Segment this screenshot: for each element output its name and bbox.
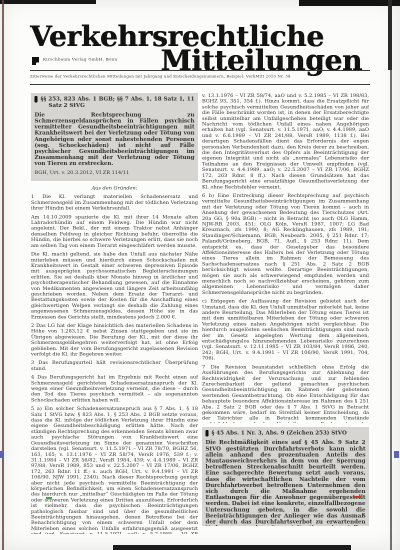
entry-50-headnote: Die Rechtmäßigkeit eines auf § 45 Abs. 9… [206, 440, 366, 526]
scan-artifact-green-mark [46, 497, 52, 499]
scan-artifact-red-mark [354, 496, 361, 498]
entry-50-number-badge: 50 [206, 430, 209, 437]
judgment-paragraph: 1 Die Kl. verlangt materiellen Schadense… [31, 194, 198, 211]
entry-49-headnote: Die Rechtsprechung zu Schmerzensgeldansp… [35, 112, 195, 167]
entry-49-number-badge: 49 [35, 96, 38, 103]
entry-50-header: 50§ 45 Abs. 1 Nr. 3, Abs. 9 (Zeichen 253… [206, 430, 366, 437]
entry-50-statutes: § 45 Abs. 1 Nr. 3, Abs. 9 (Zeichen 253) … [212, 430, 347, 437]
judgment-paragraph: 5 a) Ein solcher Schadensersatzanspruch … [31, 406, 198, 534]
citation-note: Zitierweise der Verkehrsrechtlichen Mitt… [30, 74, 370, 79]
grounds-heading: Aus den Gründen: [31, 186, 198, 192]
citation-note-row: Zitierweise der Verkehrsrechtlichen Mitt… [30, 74, 370, 82]
scan-artifact-bottom-bar [113, 545, 351, 550]
judgment-paragraph: Am 14.10.2009 spazierte die Kl. mit ihre… [31, 214, 198, 248]
judgment-paragraph: c) Entgegen der Auffassung der Revision … [202, 299, 369, 362]
publisher-logo-icon [32, 57, 39, 65]
judgment-paragraph: 3 Das Berufungsurteil hält revisionsrech… [31, 360, 198, 371]
entry-49-statutes: §§ 253, 823 Abs. 1 BGB; §§ 7 Abs. 1, 18 … [41, 96, 195, 109]
left-column: 49§§ 253, 823 Abs. 1 BGB; §§ 7 Abs. 1, 1… [31, 93, 198, 534]
scan-artifact-blue-mark-left [0, 451, 4, 458]
judgment-paragraph: 7 Die Revision beanstandet schließlich o… [202, 364, 369, 423]
publisher-name: Kirschbaum Verlag GmbH, Bonn [43, 57, 343, 62]
scanned-journal-page: Verkehrsrechtliche Mitteilungen Kirschba… [0, 0, 400, 550]
scan-artifact-top-right [299, 0, 400, 6]
judgment-paragraph: Die Kl. macht geltend, sie habe den Unfa… [31, 252, 198, 320]
scan-artifact-right-edge-top [388, 0, 392, 70]
scan-artifact-top-left [0, 0, 96, 4]
scan-artifact-right-edge [390, 0, 392, 550]
masthead-divider-bottom [30, 84, 370, 85]
scan-artifact-left-edge [2, 0, 4, 550]
judgment-paragraph: 2 Das LG hat der Klage hinsichtlich des … [31, 323, 198, 357]
judgment-paragraph: v. 13.1.1976 – VI ZR 58/74, aaO und v. 5… [202, 93, 369, 190]
masthead-divider-top [30, 70, 370, 71]
entry-49-header: 49§§ 253, 823 Abs. 1 BGB; §§ 7 Abs. 1, 1… [35, 96, 195, 109]
entry-50-headnote-block: 50§ 45 Abs. 1 Nr. 3, Abs. 9 (Zeichen 253… [202, 427, 369, 526]
scan-artifact-blue-mark-right [394, 451, 399, 458]
publisher-line: Kirschbaum Verlag GmbH, Bonn [43, 57, 343, 67]
judgment-paragraph: 4 Das Berufungsgericht hat im Ergebnis m… [31, 375, 198, 404]
entry-49-headnote-block: 49§§ 253, 823 Abs. 1 BGB; §§ 7 Abs. 1, 1… [31, 93, 198, 181]
entry-49-court-reference: BGH, Urt. v. 20.3.2012, VI ZR 114/11 [35, 170, 195, 176]
judgment-paragraph: 6 b) Eine Erstreckung dieser Rechtsprech… [202, 193, 369, 296]
right-column: v. 13.1.1976 – VI ZR 58/74, aaO und v. 5… [202, 93, 369, 423]
